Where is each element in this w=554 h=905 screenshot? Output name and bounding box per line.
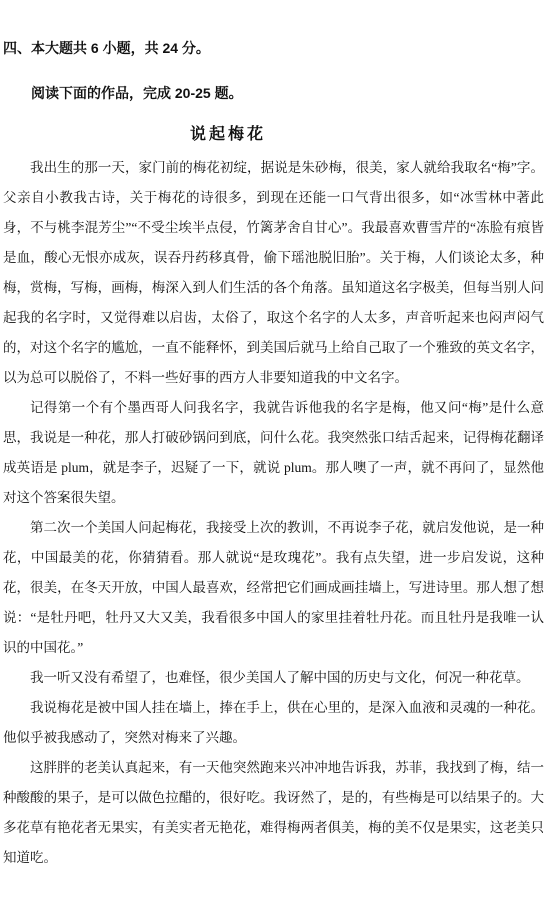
article-body: 我出生的那一天，家门前的梅花初绽，据说是朱砂梅，很美，家人就给我取名“梅”字。父…	[3, 153, 544, 873]
paragraph-3: 第二次一个美国人问起梅花，我接受上次的教训，不再说李子花，就启发他说，是一种花，…	[3, 513, 544, 663]
paragraph-5: 我说梅花是被中国人挂在墙上，捧在手上，供在心里的，是深入血液和灵魂的一种花。他似…	[3, 693, 544, 753]
document-page: 四、本大题共 6 小题，共 24 分。 阅读下面的作品，完成 20-25 题。 …	[0, 0, 554, 905]
paragraph-4: 我一听又没有希望了，也难怪，很少美国人了解中国的历史与文化，何况一种花草。	[3, 663, 544, 693]
article-title: 说起梅花	[3, 124, 453, 146]
paragraph-1: 我出生的那一天，家门前的梅花初绽，据说是朱砂梅，很美，家人就给我取名“梅”字。父…	[3, 153, 544, 393]
reading-instruction: 阅读下面的作品，完成 20-25 题。	[3, 83, 544, 103]
section-heading: 四、本大题共 6 小题，共 24 分。	[3, 38, 544, 58]
paragraph-6: 这胖胖的老美认真起来，有一天他突然跑来兴冲冲地告诉我，苏菲，我找到了梅，结一种酸…	[3, 753, 544, 873]
paragraph-2: 记得第一个有个墨西哥人问我名字，我就告诉他我的名字是梅，他又问“梅”是什么意思，…	[3, 393, 544, 513]
